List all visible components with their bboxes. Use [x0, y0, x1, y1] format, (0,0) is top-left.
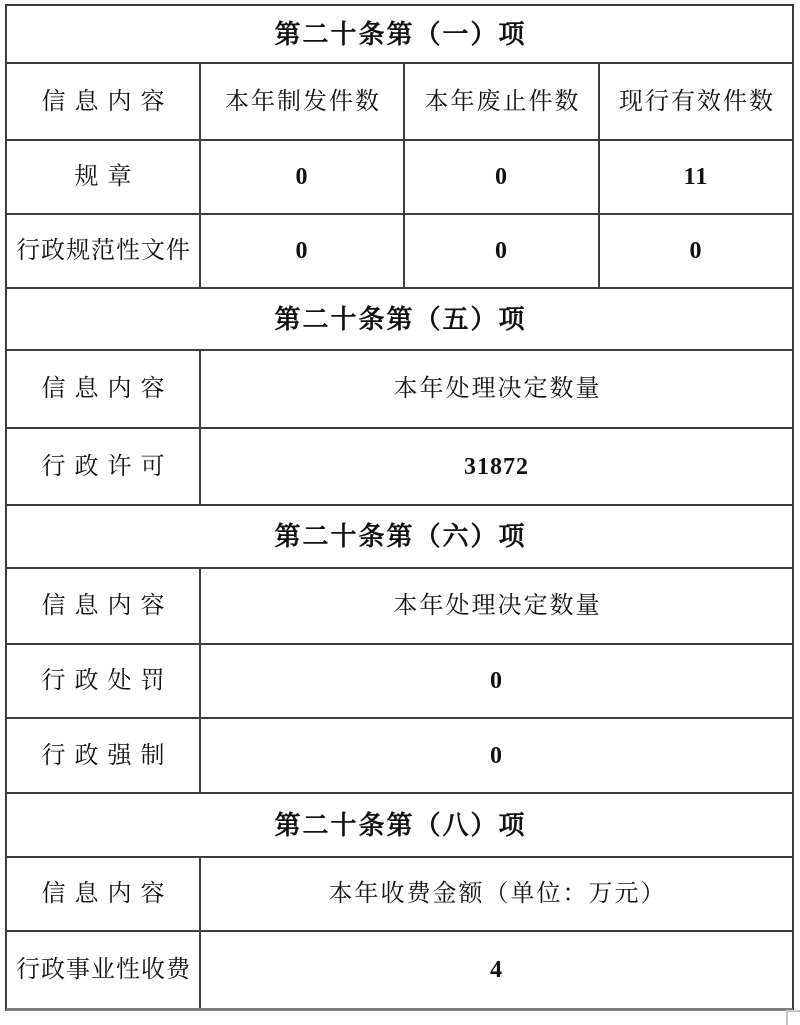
column-header-currently-effective: 现行有效件数 [600, 64, 792, 139]
section2-title-row: 第二十条第（五）项 [7, 289, 792, 351]
cell-value: 0 [201, 215, 405, 287]
statistics-table: 第二十条第（一）项 信息内容 本年制发件数 本年废止件数 现行有效件数 规章 0… [5, 4, 794, 1011]
row-label: 行政事业性收费 [7, 932, 201, 1008]
table-row-administrative-fees: 行政事业性收费 4 [7, 932, 792, 1008]
section3-title: 第二十条第（六）项 [7, 506, 792, 567]
section3-column-header-row: 信息内容 本年处理决定数量 [7, 569, 792, 645]
row-label: 行政许可 [7, 429, 201, 504]
cell-value: 0 [405, 215, 600, 287]
column-header-info-content: 信息内容 [7, 858, 201, 930]
section1-column-header-row: 信息内容 本年制发件数 本年废止件数 现行有效件数 [7, 64, 792, 141]
table-row-regulations: 规章 0 0 11 [7, 141, 792, 215]
table-row-administrative-licensing: 行政许可 31872 [7, 429, 792, 506]
row-label: 行政规范性文件 [7, 215, 201, 287]
section4-column-header-row: 信息内容 本年收费金额（单位：万元） [7, 858, 792, 932]
cell-value: 0 [201, 645, 792, 717]
table-row-normative-documents: 行政规范性文件 0 0 0 [7, 215, 792, 289]
section2-column-header-row: 信息内容 本年处理决定数量 [7, 351, 792, 429]
cell-value: 0 [600, 215, 792, 287]
column-header-decisions-this-year: 本年处理决定数量 [201, 569, 792, 643]
cell-value: 0 [201, 141, 405, 213]
cell-value: 4 [201, 932, 792, 1008]
row-label: 行政处罚 [7, 645, 201, 717]
cell-value: 0 [405, 141, 600, 213]
section1-title-row: 第二十条第（一）项 [7, 6, 792, 64]
column-header-repealed-this-year: 本年废止件数 [405, 64, 600, 139]
column-header-info-content: 信息内容 [7, 569, 201, 643]
cell-value: 0 [201, 719, 792, 792]
row-label: 规章 [7, 141, 201, 213]
section1-title: 第二十条第（一）项 [7, 6, 792, 62]
column-header-decisions-this-year: 本年处理决定数量 [201, 351, 792, 427]
column-header-issued-this-year: 本年制发件数 [201, 64, 405, 139]
cell-value: 11 [600, 141, 792, 213]
table-row-administrative-penalty: 行政处罚 0 [7, 645, 792, 719]
cell-value: 31872 [201, 429, 792, 504]
resize-handle [786, 1010, 800, 1025]
column-header-info-content: 信息内容 [7, 351, 201, 427]
row-label: 行政强制 [7, 719, 201, 792]
table-row-administrative-coercion: 行政强制 0 [7, 719, 792, 794]
section4-title: 第二十条第（八）项 [7, 794, 792, 856]
column-header-info-content: 信息内容 [7, 64, 201, 139]
column-header-fees-collected-this-year: 本年收费金额（单位：万元） [201, 858, 792, 930]
section2-title: 第二十条第（五）项 [7, 289, 792, 349]
section4-title-row: 第二十条第（八）项 [7, 794, 792, 858]
section3-title-row: 第二十条第（六）项 [7, 506, 792, 569]
